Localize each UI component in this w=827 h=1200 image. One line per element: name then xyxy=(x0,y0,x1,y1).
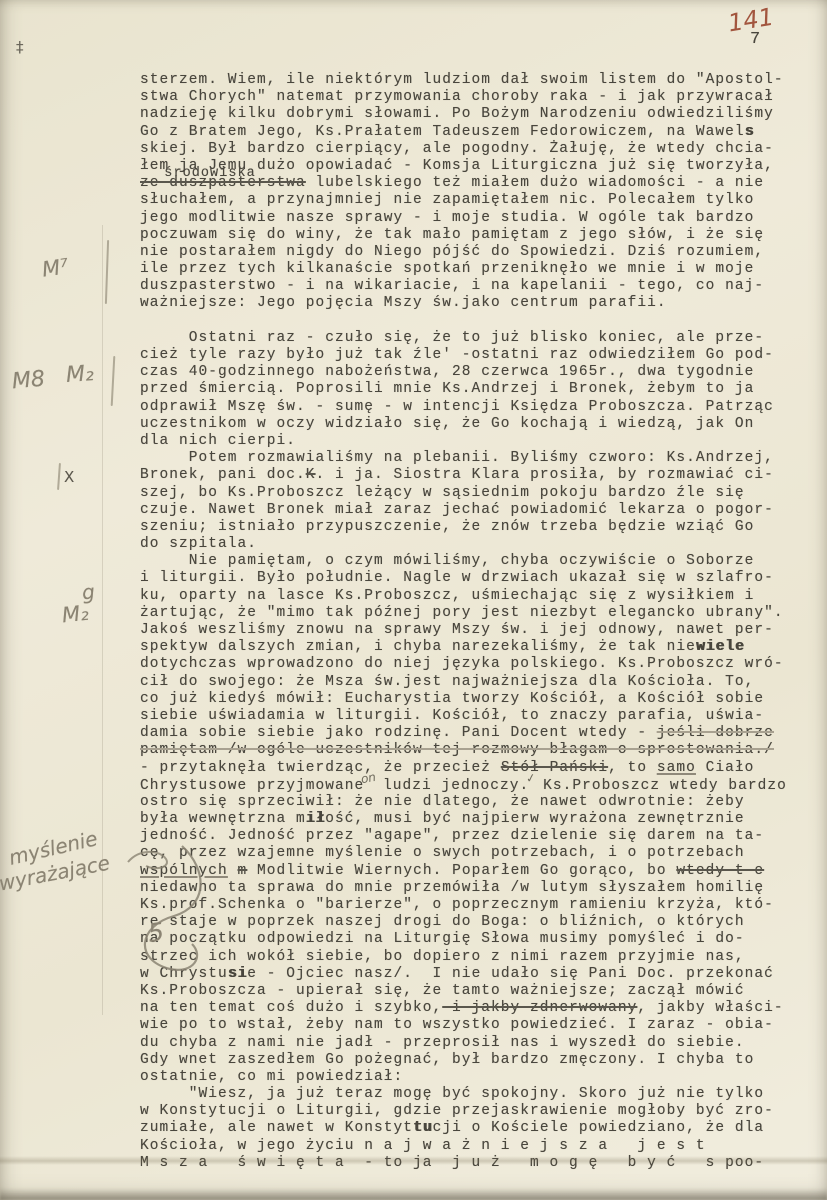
segment-overtype: s xyxy=(745,124,755,140)
text-segment: Nie pamiętam, o czym mówiliśmy, chyba oc… xyxy=(140,553,754,569)
typed-line: du chyba z nami nie jadł - przeprosił na… xyxy=(140,1035,820,1052)
text-segment: na ten temat coś dużo i szybko, xyxy=(140,1000,442,1016)
typed-line: środowiskaze duszpasterstwa lubelskiego … xyxy=(140,175,820,192)
paper-crease-vertical xyxy=(102,225,103,1015)
text-segment: Kościoła, w jego życiu n a j w a ż n i e… xyxy=(140,1138,706,1154)
margin-cross-mark: ‡ xyxy=(16,38,24,56)
segment-strike: m xyxy=(238,863,248,879)
text-segment: Gdy wnet zaszedłem Go pożegnać, był bard… xyxy=(140,1052,754,1068)
typed-line: - przytaknęła twierdząc, że przecież Stó… xyxy=(140,760,820,777)
typed-line: odprawił Mszę św. - sumę - w intencji Ks… xyxy=(140,399,820,416)
text-segment: re staje w poprzek naszej drogi do Boga:… xyxy=(140,914,745,930)
typed-line: co już kiedyś mówił: Eucharystia tworzy … xyxy=(140,691,820,708)
text-segment: poczuwam się do winy, że tak mało pamięt… xyxy=(140,227,764,243)
segment-strike: Stół Pański xyxy=(501,760,608,776)
text-segment: czuje. Nawet Bronek miał zaraz jechać po… xyxy=(140,502,774,518)
text-segment: , to xyxy=(608,760,657,776)
typed-line: żartując, że "mimo tak późnej pory jest … xyxy=(140,605,820,622)
text-segment: ostatnie, co mi powiedział: xyxy=(140,1069,403,1085)
pencil-line-m7 xyxy=(105,240,109,304)
text-segment: Ks.prof.Schenka o "barierze", o poprzecz… xyxy=(140,897,774,913)
text-segment: Modlitwie Wiernych. Poparłem Go gorąco, … xyxy=(247,863,676,879)
text-segment: ość, musi być najpierw wyrażona zewnętrz… xyxy=(325,811,744,827)
text-segment: Bronek, pani doc. xyxy=(140,467,306,483)
typed-line: wie po to wstał, żeby nam to wszystko po… xyxy=(140,1017,820,1034)
text-segment: ważniejsze: Jego pojęcia Mszy św.jako ce… xyxy=(140,295,667,311)
typed-line: cił do swojego: że Msza św.jest najważni… xyxy=(140,674,820,691)
text-segment: dla nich cierpi. xyxy=(140,433,296,449)
typed-line: słuchałem, a przynajmniej nie zapamiętał… xyxy=(140,192,820,209)
typed-line: na początku odpowiedzi na Liturgię Słowa… xyxy=(140,931,820,948)
typed-line: czuje. Nawet Bronek miał zaraz jechać po… xyxy=(140,502,820,519)
text-segment: do szpitala. xyxy=(140,536,257,552)
text-segment: lubelskiego też miałem dużo wiadomości -… xyxy=(306,175,764,191)
typed-line: w Chrystusie - Ojciec nasz/. I nie udało… xyxy=(140,966,820,983)
text-segment: przed śmiercią. Poprosili mnie Ks.Andrze… xyxy=(140,381,754,397)
typed-line: była wewnętrzna miłość, musi być najpier… xyxy=(140,811,820,828)
typed-line: sterzem. Wiem, ile niektórym ludziom dał… xyxy=(140,72,820,89)
typed-line: Kościoła, w jego życiu n a j w a ż n i e… xyxy=(140,1138,820,1155)
typed-line: jego modlitwie nasze sprawy - i moje stu… xyxy=(140,210,820,227)
text-segment: cę, przez wzajemne myślenie o swych potr… xyxy=(140,845,745,861)
segment-overtype: wiele xyxy=(696,639,745,655)
typed-line: poczuwam się do winy, że tak mało pamięt… xyxy=(140,227,820,244)
typed-line: jedność. Jedność przez "agape", przez dz… xyxy=(140,828,820,845)
typed-line: na ten temat coś dużo i szybko, i jakby … xyxy=(140,1000,820,1017)
typed-line: strzec ich wokół siebie, bo dopiero z ni… xyxy=(140,949,820,966)
text-segment: jedność. Jedność przez "agape", przez dz… xyxy=(140,828,764,844)
typed-line: uczestnikom w oczy widziało się, że Go k… xyxy=(140,416,820,433)
typed-line: dla nich cierpi. xyxy=(140,433,820,450)
typed-line: dotychczas wprowadzono do niej języka po… xyxy=(140,656,820,673)
text-segment: niedawno ta sprawa do mnie przemówiła /w… xyxy=(140,880,764,896)
text-segment: stwa Chorych" natemat przymowania chorob… xyxy=(140,89,774,105)
text-segment: Potem rozmawialiśmy na plebanii. Byliśmy… xyxy=(140,450,774,466)
text-segment: zumiałe, ale nawet w Konstyt xyxy=(140,1120,413,1136)
text-segment: była wewnętrzna m xyxy=(140,811,306,827)
text-segment: Ks.Proboszcz wtedy bardzo xyxy=(533,778,787,794)
segment-strike: i jakby zdnerwowany xyxy=(442,1000,637,1016)
text-segment: odprawił Mszę św. - sumę - w intencji Ks… xyxy=(140,399,774,415)
typed-line: re staje w poprzek naszej drogi do Boga:… xyxy=(140,914,820,931)
text-segment: żartując, że "mimo tak późnej pory jest … xyxy=(140,605,784,621)
typed-line: cież tyle razy było już tak źle' -ostatn… xyxy=(140,347,820,364)
typed-line: ostro się sprzeciwił: że nie dlatego, że… xyxy=(140,794,820,811)
text-segment: ku, oparty na lasce Ks.Proboszcz, uśmiec… xyxy=(140,588,754,604)
segment-insert: środowiska xyxy=(164,165,256,182)
typed-line: cę, przez wzajemne myślenie o swych potr… xyxy=(140,845,820,862)
typed-line: ostatnie, co mi powiedział: xyxy=(140,1069,820,1086)
segment-overtype: ił xyxy=(306,811,326,827)
typed-line: w Konstytucji o Liturgii, gdzie przejask… xyxy=(140,1103,820,1120)
text-segment: - przytaknęła twierdząc, że przecież xyxy=(140,760,501,776)
typed-line: wspólnych m Modlitwie Wiernych. Poparłem… xyxy=(140,863,820,880)
text-segment: cież tyle razy było już tak źle' -ostatn… xyxy=(140,347,774,363)
segment-overtype: si xyxy=(228,966,248,982)
text-segment: siebie uświadamia w liturgii. Kościół, t… xyxy=(140,708,764,724)
typed-text-block: sterzem. Wiem, ile niektórym ludziom dał… xyxy=(140,72,820,1172)
typed-line: czas 40-godzinnego nabożeństwa, 28 czerw… xyxy=(140,364,820,381)
pencil-line-m8 xyxy=(111,356,116,406)
typed-line: stwa Chorych" natemat przymowania chorob… xyxy=(140,89,820,106)
text-segment: uczestnikom w oczy widziało się, że Go k… xyxy=(140,416,754,432)
typed-line: Ks.Proboszcza - upierał się, że tamto wa… xyxy=(140,983,820,1000)
typed-line: nie postarałem nigdy do Niego pójść do S… xyxy=(140,244,820,261)
typed-line: duszpasterstwo - i na wikariacie, i na k… xyxy=(140,278,820,295)
text-segment: e - Ojciec nasz/. I nie udało się Pani D… xyxy=(247,966,774,982)
typed-line: ile przez tych kilkanaście spotkań przen… xyxy=(140,261,820,278)
typed-line: zumiałe, ale nawet w Konstyttucji o Kośc… xyxy=(140,1120,820,1137)
typed-line: i liturgii. Było południe. Nagle w drzwi… xyxy=(140,570,820,587)
typed-line: przed śmiercią. Poprosili mnie Ks.Andrze… xyxy=(140,381,820,398)
typed-line: Jakoś weszliśmy znowu na sprawy Mszy św.… xyxy=(140,622,820,639)
segment-strike: K xyxy=(306,467,316,483)
text-segment: wie po to wstał, żeby nam to wszystko po… xyxy=(140,1017,774,1033)
segment-overtype: tu xyxy=(413,1120,433,1136)
margin-loop-scribble xyxy=(114,840,214,985)
margin-note-m2-first: M₂ xyxy=(65,361,94,388)
segment-pstrike: jeśli dobrze xyxy=(657,725,774,741)
segment-hand: on xyxy=(360,769,378,789)
text-segment: sterzem. Wiem, ile niektórym ludziom dał… xyxy=(140,72,784,88)
text-segment: Jakoś weszliśmy znowu na sprawy Mszy św.… xyxy=(140,622,774,638)
text-segment: ostro się sprzeciwił: że nie dlatego, że… xyxy=(140,794,745,810)
typed-line: Ks.prof.Schenka o "barierze", o poprzecz… xyxy=(140,897,820,914)
typed-line: "Wiesz, ja już teraz mogę być spokojny. … xyxy=(140,1086,820,1103)
paper-crease-bottom xyxy=(0,1156,827,1165)
typed-line: siebie uświadamia w liturgii. Kościół, t… xyxy=(140,708,820,725)
segment-pstrike: pamiętam /w ogóle uczestników tej rozmow… xyxy=(140,742,774,758)
text-segment: słuchałem, a przynajmniej nie zapamiętał… xyxy=(140,192,754,208)
text-segment: jego modlitwie nasze sprawy - i moje stu… xyxy=(140,210,754,226)
typed-line: szej, bo Ks.Proboszcz leżący w sąsiednim… xyxy=(140,485,820,502)
typed-line: skiej. Był bardzo cierpiący, ale pogodny… xyxy=(140,141,820,158)
text-segment: "Wiesz, ja już teraz mogę być spokojny. … xyxy=(140,1086,764,1102)
text-segment: ludzi jednoczy. xyxy=(373,778,529,794)
text-segment: dotychczas wprowadzono do niej języka po… xyxy=(140,656,784,672)
paper-edge-shadow xyxy=(0,1188,827,1200)
typed-line: ku, oparty na lasce Ks.Proboszcz, uśmiec… xyxy=(140,588,820,605)
text-segment: Go z Bratem Jego, Ks.Prałatem Tadeuszem … xyxy=(140,124,745,140)
typed-line: Nie pamiętam, o czym mówiliśmy, chyba oc… xyxy=(140,553,820,570)
pencil-stroke-x xyxy=(57,463,60,490)
typed-line: Potem rozmawialiśmy na plebanii. Byliśmy… xyxy=(140,450,820,467)
typed-line: pamiętam /w ogóle uczestników tej rozmow… xyxy=(140,742,820,759)
text-segment: . i ja. Siostra Klara prosiła, by rozmaw… xyxy=(316,467,774,483)
margin-note-m7: M⁷ xyxy=(40,254,70,281)
document-page: sterzem. Wiem, ile niektórym ludziom dał… xyxy=(0,0,827,1200)
text-segment: strzec ich wokół siebie, bo dopiero z ni… xyxy=(140,949,745,965)
text-segment: szeniu; istniało przypuszczenie, że znów… xyxy=(140,519,754,535)
typed-line: spektyw dalszych zmian, i chyba narezeka… xyxy=(140,639,820,656)
text-segment: i liturgii. Było południe. Nagle w drzwi… xyxy=(140,570,774,586)
text-segment: cił do swojego: że Msza św.jest najważni… xyxy=(140,674,754,690)
text-segment: Ks.Proboszcza - upierał się, że tamto wa… xyxy=(140,983,745,999)
typed-line: ważniejsze: Jego pojęcia Mszy św.jako ce… xyxy=(140,295,820,312)
text-segment: nadzieję kilku dobrymi słowami. Po Bożym… xyxy=(140,106,774,122)
typed-line: nadzieję kilku dobrymi słowami. Po Bożym… xyxy=(140,106,820,123)
text-segment: duszpasterstwo - i na wikariacie, i na k… xyxy=(140,278,764,294)
text-segment: nie postarałem nigdy do Niego pójść do S… xyxy=(140,244,764,260)
margin-note-m8: M8 xyxy=(11,367,46,395)
text-segment: , jakby właści- xyxy=(637,1000,783,1016)
text-segment: Ciało xyxy=(696,760,755,776)
text-segment: skiej. Był bardzo cierpiący, ale pogodny… xyxy=(140,141,774,157)
text-segment: w Konstytucji o Liturgii, gdzie przejask… xyxy=(140,1103,774,1119)
margin-x-mark: X xyxy=(64,468,74,486)
typed-line: Go z Bratem Jego, Ks.Prałatem Tadeuszem … xyxy=(140,124,820,141)
segment-underline: samo xyxy=(657,760,696,776)
typed-line xyxy=(140,313,820,330)
text-segment: spektyw dalszych zmian, i chyba narezeka… xyxy=(140,639,696,655)
text-segment: damia sobie siebie jako rodzinę. Pani Do… xyxy=(140,725,657,741)
typed-line: do szpitala. xyxy=(140,536,820,553)
text-segment: ile przez tych kilkanaście spotkań przen… xyxy=(140,261,754,277)
text-segment: co już kiedyś mówił: Eucharystia tworzy … xyxy=(140,691,764,707)
typed-line: Bronek, pani doc.K. i ja. Siostra Klara … xyxy=(140,467,820,484)
text-segment: cji o Kościele powiedziano, że dla xyxy=(433,1120,765,1136)
text-segment: du chyba z nami nie jadł - przeprosił na… xyxy=(140,1035,745,1051)
text-segment: na początku odpowiedzi na Liturgię Słowa… xyxy=(140,931,745,947)
typed-line: szeniu; istniało przypuszczenie, że znów… xyxy=(140,519,820,536)
text-segment xyxy=(228,863,238,879)
typed-line: Chrystusowe przyjmowaneon ludzi jednoczy… xyxy=(140,777,820,794)
typed-page-number: 7 xyxy=(750,30,761,49)
margin-note-m2-second: M₂ xyxy=(61,601,90,628)
typed-line: niedawno ta sprawa do mnie przemówiła /w… xyxy=(140,880,820,897)
typed-line: Gdy wnet zaszedłem Go pożegnać, był bard… xyxy=(140,1052,820,1069)
text-segment: Chrystusowe przyjmowane xyxy=(140,778,364,794)
text-segment: czas 40-godzinnego nabożeństwa, 28 czerw… xyxy=(140,364,754,380)
typed-line: Ostatni raz - czuło się, że to już blisk… xyxy=(140,330,820,347)
text-segment: szej, bo Ks.Proboszcz leżący w sąsiednim… xyxy=(140,485,745,501)
segment-strike: wtedy t e xyxy=(676,863,764,879)
text-segment: Ostatni raz - czuło się, że to już blisk… xyxy=(140,330,764,346)
typed-line: damia sobie siebie jako rodzinę. Pani Do… xyxy=(140,725,820,742)
